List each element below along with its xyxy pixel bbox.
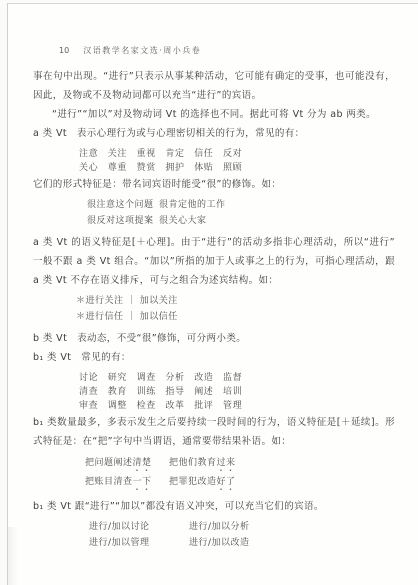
- star-example: ＊进行信任 ｜ 加以信任: [76, 310, 395, 326]
- class-a-words-row1: 注意 关注 重视 肯定 信任 反对: [79, 147, 395, 161]
- star-combination-examples: ＊进行关注 ｜ 加以关注 ＊进行信任 ｜ 加以信任: [76, 294, 395, 325]
- class-b1-heading: b₁ 类 Vt 常见的有：: [33, 348, 395, 367]
- page-surface: 10 汉语教学名家文选·周小兵卷 事在句中出现。“进行”只表示从事某种活动，它可…: [7, 3, 418, 585]
- ba-example: 把罪犯改造好了: [169, 474, 395, 493]
- class-b1-words-row2: 清查 教育 训练 指导 阐述 培训: [79, 385, 395, 399]
- ba-example-text: 把问题阐述: [85, 458, 133, 468]
- page-number: 10: [59, 46, 69, 55]
- ba-example-complement: 清楚: [133, 458, 152, 468]
- ba-example-complement: 过来: [217, 458, 236, 468]
- star-example: ＊进行关注 ｜ 加以关注: [76, 294, 395, 310]
- hen-modification-examples: 很注意这个问题 很肯定他的工作 很反对这项提案 很关心大家: [87, 198, 395, 229]
- jinxing-jiayi-examples: 进行/加以讨论 进行/加以分析 进行/加以管理 进行/加以改造: [89, 520, 395, 551]
- paragraph-vt-selection: “进行”“加以”对及物动词 Vt 的选择也不同。据此可将 Vt 分为 ab 两类…: [33, 105, 395, 124]
- page-content: 10 汉语教学名家文选·周小兵卷 事在句中出现。“进行”只表示从事某种活动，它可…: [33, 4, 395, 555]
- jiayi-example: 进行/加以改造: [189, 536, 395, 552]
- jiayi-example: 进行/加以分析: [189, 520, 395, 536]
- hen-example: 很注意这个问题: [87, 198, 159, 214]
- jiayi-example: 进行/加以管理: [89, 536, 189, 552]
- hen-example: 很肯定他的工作: [159, 198, 395, 214]
- class-b-heading: b 类 Vt 表动态，不受“很”修饰，可分两小类。: [33, 329, 395, 348]
- class-a-form-note: 它们的形式特征是：带名词宾语时能受“很”的修饰。如：: [33, 175, 395, 194]
- class-a-heading: a 类 Vt 表示心理行为或与心理密切相关的行为，常见的有：: [33, 124, 395, 143]
- ba-example-text: 把账目清查: [85, 477, 133, 487]
- ba-example-text: 把他们教育: [169, 458, 217, 468]
- hen-example: 很反对这项提案: [87, 214, 159, 230]
- ba-example-complement: 一下: [133, 477, 152, 487]
- ba-example: 把账目清查一下: [85, 474, 169, 493]
- ba-sentence-examples: 把问题阐述清楚 把他们教育过来 把账目清查一下 把罪犯改造好了: [85, 455, 395, 493]
- ba-example: 把他们教育过来: [169, 455, 395, 474]
- running-header: 10 汉语教学名家文选·周小兵卷: [59, 45, 395, 56]
- class-b1-words-row3: 审查 调整 检查 改革 批评 管理: [79, 399, 395, 413]
- class-b1-paragraph: b₁ 类数量最多，多表示发生之后要持续一段时间的行为，语义特征是[＋延续]。形式…: [33, 413, 395, 451]
- book-title: 汉语教学名家文选·周小兵卷: [83, 46, 201, 55]
- jiayi-example: 进行/加以讨论: [89, 520, 189, 536]
- class-a-semantic-paragraph: a 类 Vt 的语义特征是[＋心理]。由于“进行”的活动多指非心理活动，所以“进…: [33, 233, 395, 290]
- ba-example-complement: 好了: [217, 477, 236, 487]
- class-a-words-row2: 关心 尊重 赞赏 拥护 体贴 照顾: [79, 161, 395, 175]
- class-b1-words-row1: 讨论 研究 调查 分析 改造 监督: [79, 371, 395, 385]
- scanned-book-page: 10 汉语教学名家文选·周小兵卷 事在句中出现。“进行”只表示从事某种活动，它可…: [0, 0, 418, 585]
- class-b1-conclusion: b₁ 类 Vt 跟“进行”“加以”都没有语义冲突，可以充当它们的宾语。: [33, 497, 395, 516]
- ba-example: 把问题阐述清楚: [85, 455, 169, 474]
- paragraph-continued: 事在句中出现。“进行”只表示从事某种活动，它可能有确定的受事，也可能没有，因此，…: [33, 67, 395, 105]
- ba-example-text: 把罪犯改造: [169, 477, 217, 487]
- hen-example: 很关心大家: [159, 214, 395, 230]
